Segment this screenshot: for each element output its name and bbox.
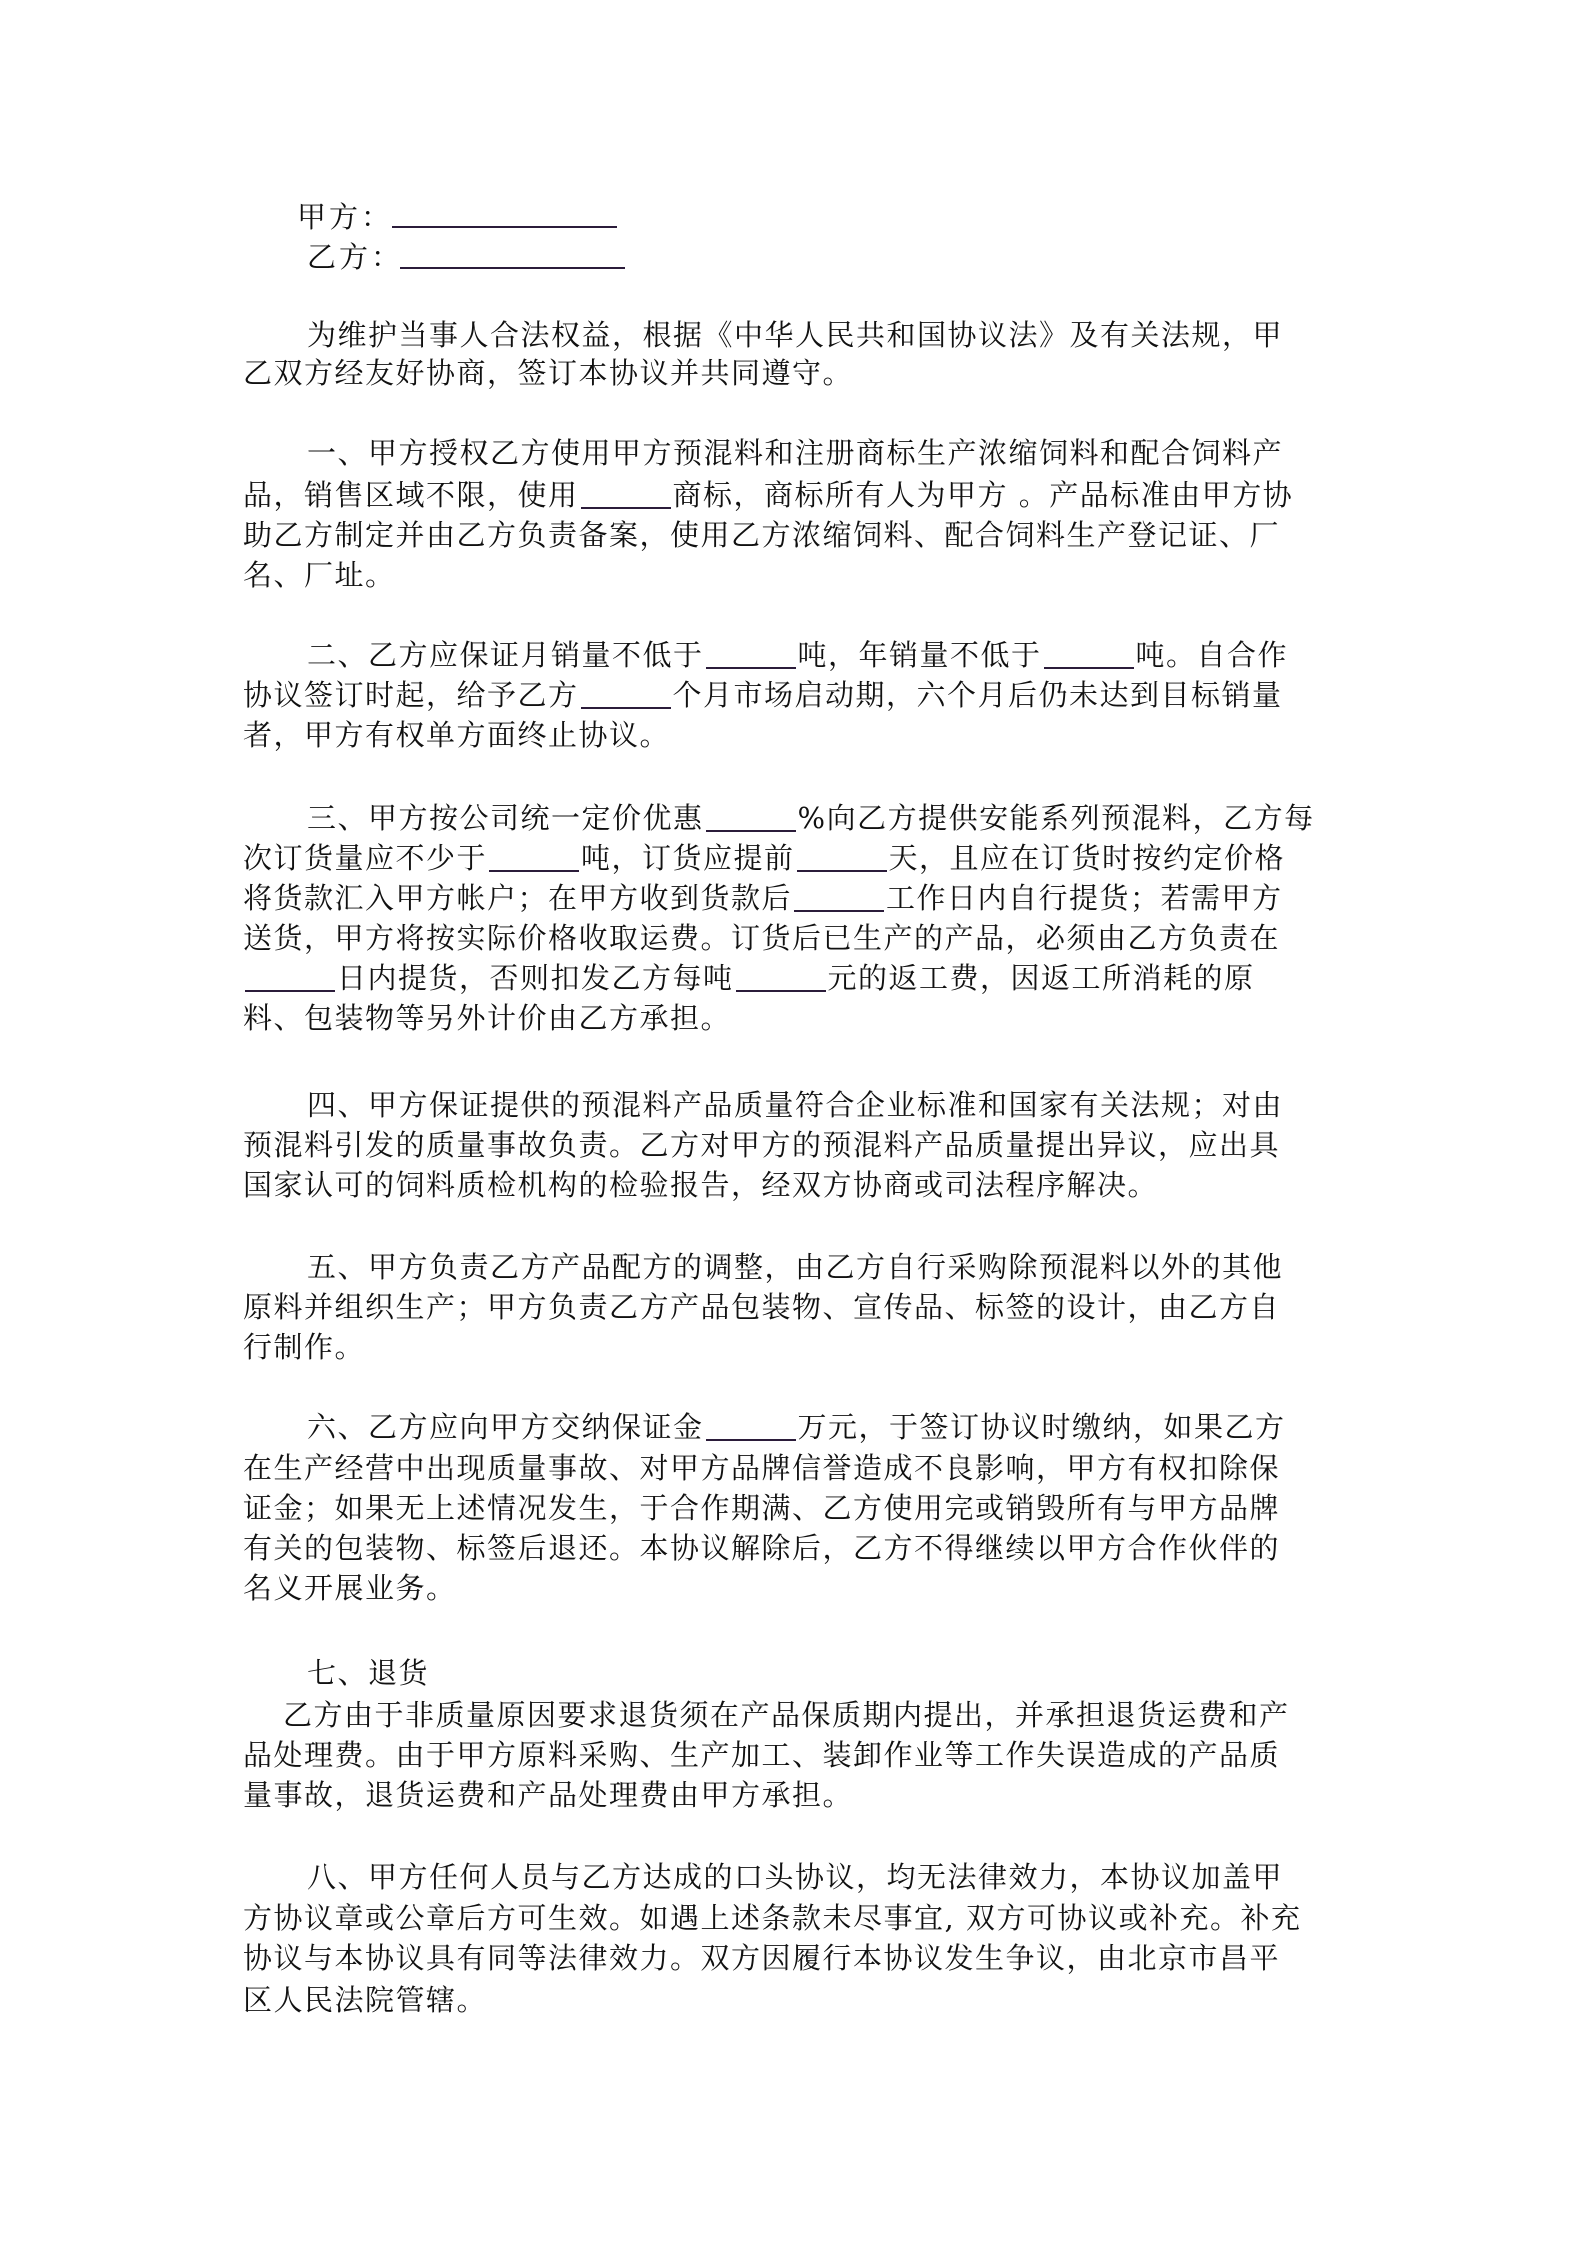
preamble-line: 乙双方经友好协商，签订本协议并共同遵守。 [243,353,853,393]
clause-text: 预混料引发的质量事故负责。乙方对甲方的预混料产品质量提出异议，应出具 [243,1128,1280,1162]
clause-line: 料、包装物等另外计价由乙方承担。 [243,998,731,1038]
clause-text: 协议签订时起，给予乙方 [243,678,579,712]
clause-text: 原料并组织生产；甲方负责乙方产品包装物、宣传品、标签的设计，由乙方自 [243,1290,1280,1324]
clause-text: 在生产经营中出现质量事故、对甲方品牌信誉造成不良影响，甲方有权扣除保 [243,1451,1280,1485]
clause-text: 万元，于签订协议时缴纳，如果乙方 [798,1410,1286,1444]
clause-text: 证金；如果无上述情况发生，于合作期满、乙方使用完或销毁所有与甲方品牌 [243,1491,1280,1525]
clause-text: 二、乙方应保证月销量不低于 [307,638,704,672]
clause-line: 次订货量应不少于吨，订货应提前天，且应在订货时按约定价格 [243,838,1285,878]
clause-text: 吨，订货应提前 [581,841,795,875]
party-a-label: 甲方： [297,197,393,237]
clause-text: 送货，甲方将按实际价格收取运费。订货后已生产的产品，必须由乙方负责在 [243,921,1280,955]
clause-text: 吨。自合作 [1136,638,1289,672]
clause-text: 五、甲方负责乙方产品配方的调整，由乙方自行采购除预混料以外的其他 [307,1250,1283,1284]
party-a-field[interactable] [392,226,617,228]
clause-line: 四、甲方保证提供的预混料产品质量符合企业标准和国家有关法规；对由 [307,1085,1283,1125]
party-b-label: 乙方： [307,237,403,277]
clause-line: 原料并组织生产；甲方负责乙方产品包装物、宣传品、标签的设计，由乙方自 [243,1287,1280,1327]
clause-line: 名义开展业务。 [243,1568,457,1608]
clause-text: 助乙方制定并由乙方负责备案，使用乙方浓缩饲料、配合饲料生产登记证、厂 [243,518,1280,552]
clause-line: 者，甲方有权单方面终止协议。 [243,715,670,755]
clause-line: 一、甲方授权乙方使用甲方预混料和注册商标生产浓缩饲料和配合饲料产 [307,433,1283,473]
clause-text: 日内提货，否则扣发乙方每吨 [337,961,734,995]
clause-text: 三、甲方按公司统一定价优惠 [307,801,704,835]
fill-in-blank[interactable] [706,800,796,832]
clause-line: 协议与本协议具有同等法律效力。双方因履行本协议发生争议，由北京市昌平 [243,1938,1280,1978]
clause-text: 四、甲方保证提供的预混料产品质量符合企业标准和国家有关法规；对由 [307,1088,1283,1122]
document-page: 甲方： 乙方： 为维护当事人合法权益，根据《中华人民共和国协议法》及有关法规，甲… [0,0,1586,2244]
clause-line: 将货款汇入甲方帐户；在甲方收到货款后工作日内自行提货；若需甲方 [243,878,1283,918]
clause-text: 工作日内自行提货；若需甲方 [886,881,1283,915]
clause-line: 在生产经营中出现质量事故、对甲方品牌信誉造成不良影响，甲方有权扣除保 [243,1448,1280,1488]
clause-line: 送货，甲方将按实际价格收取运费。订货后已生产的产品，必须由乙方负责在 [243,918,1280,958]
clause-text: 元的返工费，因返工所消耗的原 [828,961,1255,995]
clause-text: 六、乙方应向甲方交纳保证金 [307,1410,704,1444]
preamble-line: 为维护当事人合法权益，根据《中华人民共和国协议法》及有关法规，甲 [307,315,1283,355]
clause-text: 名义开展业务。 [243,1571,457,1605]
clause-line: 预混料引发的质量事故负责。乙方对甲方的预混料产品质量提出异议，应出具 [243,1125,1280,1165]
clause-text: 个月市场启动期，六个月后仍未达到目标销量 [673,678,1283,712]
fill-in-blank[interactable] [245,960,335,992]
clause-line: 名、厂址。 [243,555,396,595]
fill-in-blank[interactable] [736,960,826,992]
clause-line: 日内提货，否则扣发乙方每吨元的返工费，因返工所消耗的原 [243,958,1255,998]
clause-text: 区人民法院管辖。 [243,1983,487,2017]
clause-line: 证金；如果无上述情况发生，于合作期满、乙方使用完或销毁所有与甲方品牌 [243,1488,1280,1528]
fill-in-blank[interactable] [581,677,671,709]
party-b-field[interactable] [400,267,625,269]
clause-text: 八、甲方任何人员与乙方达成的口头协议，均无法律效力，本协议加盖甲 [307,1860,1283,1894]
clause-text: 将货款汇入甲方帐户；在甲方收到货款后 [243,881,792,915]
clause-text: 方协议章或公章后方可生效。如遇上述条款未尽事宜, 双方可协议或补充。补充 [243,1901,1301,1935]
clause-text: 品，销售区域不限，使用 [243,478,579,512]
fill-in-blank[interactable] [797,840,887,872]
clause-line: 有关的包装物、标签后退还。本协议解除后，乙方不得继续以甲方合作伙伴的 [243,1528,1280,1568]
clause-text: 者，甲方有权单方面终止协议。 [243,718,670,752]
clause-text: %向乙方提供安能系列预混料，乙方每 [798,801,1315,835]
fill-in-blank[interactable] [1044,637,1134,669]
clause-text: 品处理费。由于甲方原料采购、生产加工、装卸作业等工作失误造成的产品质 [243,1738,1280,1772]
clause-text: 料、包装物等另外计价由乙方承担。 [243,1001,731,1035]
clause-text: 量事故，退货运费和产品处理费由甲方承担。 [243,1778,853,1812]
fill-in-blank[interactable] [706,1409,796,1441]
clause-text: 一、甲方授权乙方使用甲方预混料和注册商标生产浓缩饲料和配合饲料产 [307,436,1283,470]
fill-in-blank[interactable] [489,840,579,872]
clause-text: 有关的包装物、标签后退还。本协议解除后，乙方不得继续以甲方合作伙伴的 [243,1531,1280,1565]
clause-line: 助乙方制定并由乙方负责备案，使用乙方浓缩饲料、配合饲料生产登记证、厂 [243,515,1280,555]
clause-text: 乙方由于非质量原因要求退货须在产品保质期内提出，并承担退货运费和产 [283,1698,1290,1732]
clause-text: 协议与本协议具有同等法律效力。双方因履行本协议发生争议，由北京市昌平 [243,1941,1280,1975]
clause-line: 八、甲方任何人员与乙方达成的口头协议，均无法律效力，本协议加盖甲 [307,1857,1283,1897]
clause-line: 协议签订时起，给予乙方个月市场启动期，六个月后仍未达到目标销量 [243,675,1283,715]
clause-line: 二、乙方应保证月销量不低于吨，年销量不低于吨。自合作 [307,635,1288,675]
clause-text: 名、厂址。 [243,558,396,592]
clause-text: 行制作。 [243,1330,365,1364]
clause-line: 方协议章或公章后方可生效。如遇上述条款未尽事宜, 双方可协议或补充。补充 [243,1898,1301,1938]
clause-line: 三、甲方按公司统一定价优惠%向乙方提供安能系列预混料，乙方每 [307,798,1315,838]
clause-line: 行制作。 [243,1327,365,1367]
fill-in-blank[interactable] [581,477,671,509]
clause-text: 次订货量应不少于 [243,841,487,875]
clause-line: 区人民法院管辖。 [243,1980,487,2020]
clause-text: 国家认可的饲料质检机构的检验报告，经双方协商或司法程序解决。 [243,1168,1158,1202]
clause-line: 量事故，退货运费和产品处理费由甲方承担。 [243,1775,853,1815]
clause-text: 天，且应在订货时按约定价格 [889,841,1286,875]
fill-in-blank[interactable] [794,880,884,912]
clause-heading: 七、退货 [307,1653,429,1693]
clause-line: 品处理费。由于甲方原料采购、生产加工、装卸作业等工作失误造成的产品质 [243,1735,1280,1775]
clause-text: 商标，商标所有人为甲方 。产品标准由甲方协 [673,478,1294,512]
clause-line: 六、乙方应向甲方交纳保证金万元，于签订协议时缴纳，如果乙方 [307,1407,1286,1447]
clause-text: 吨，年销量不低于 [798,638,1042,672]
fill-in-blank[interactable] [706,637,796,669]
clause-line: 五、甲方负责乙方产品配方的调整，由乙方自行采购除预混料以外的其他 [307,1247,1283,1287]
clause-line: 国家认可的饲料质检机构的检验报告，经双方协商或司法程序解决。 [243,1165,1158,1205]
clause-line: 品，销售区域不限，使用商标，商标所有人为甲方 。产品标准由甲方协 [243,475,1293,515]
clause-line: 乙方由于非质量原因要求退货须在产品保质期内提出，并承担退货运费和产 [283,1695,1290,1735]
